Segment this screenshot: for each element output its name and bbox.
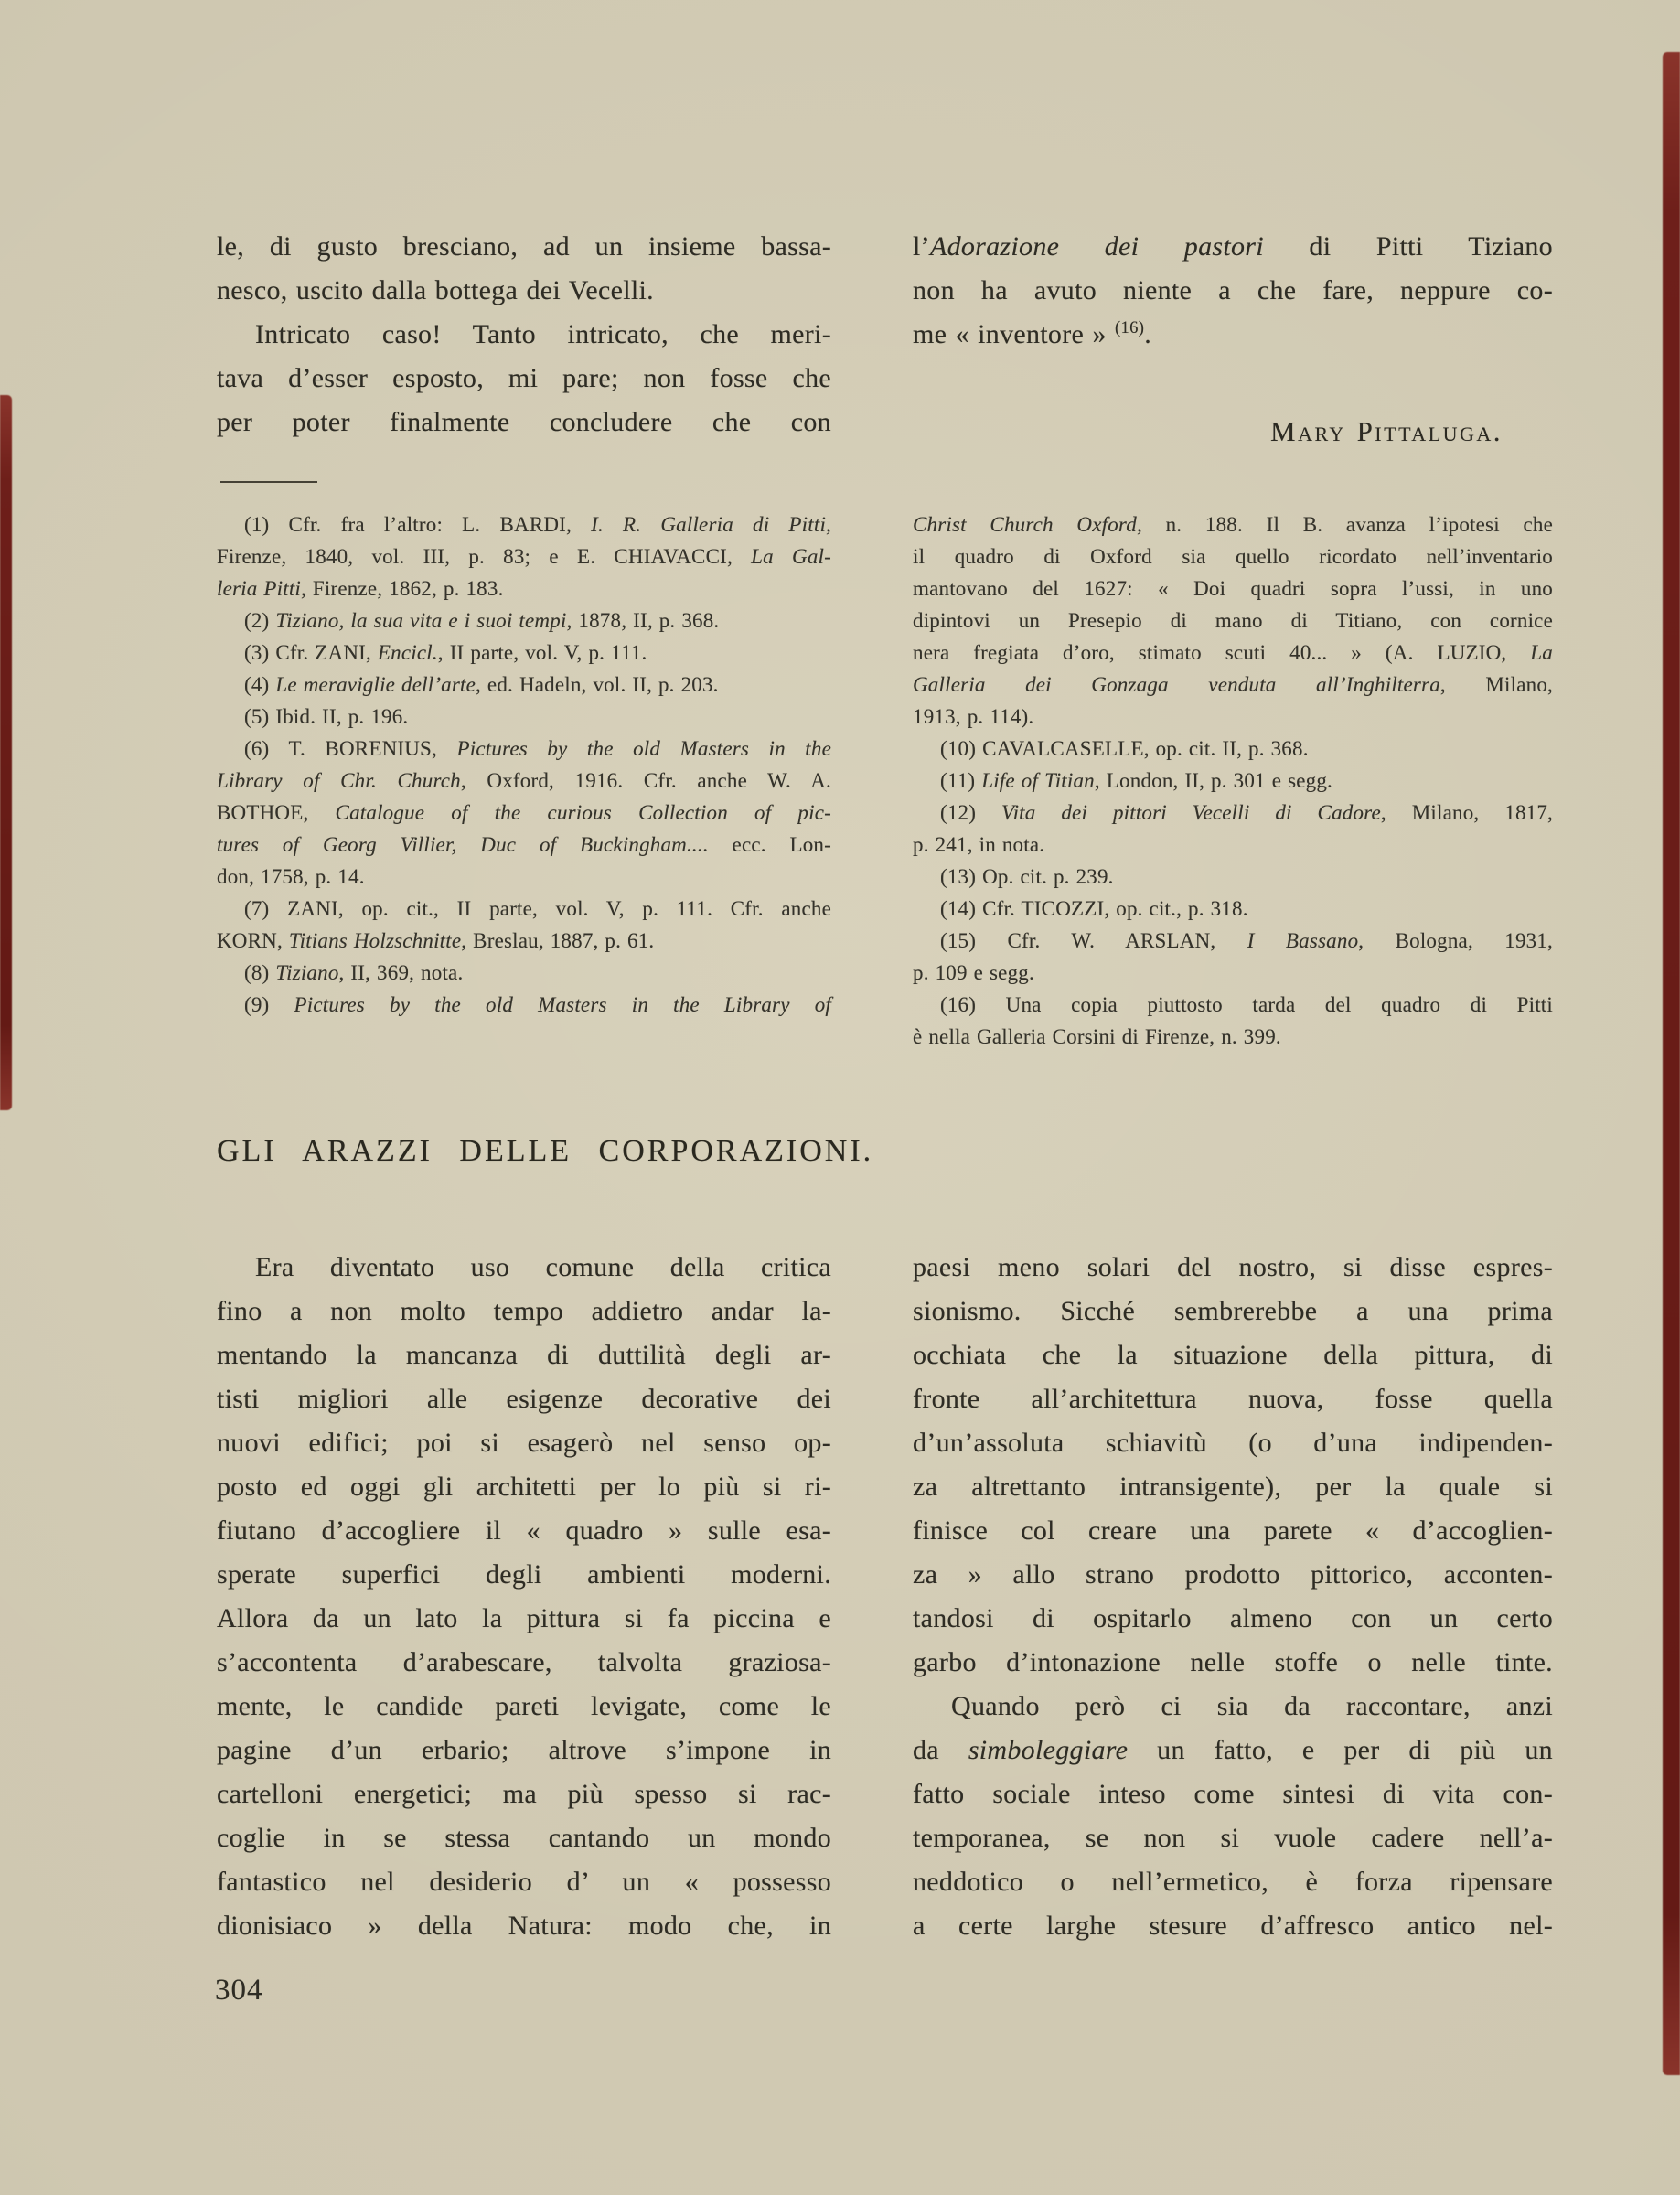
text-line: Christ Church Oxford, n. 188. Il B. avan… [913,509,1553,541]
text-line: cartelloni energetici; ma più spesso si … [217,1772,831,1816]
scan-edge-mark-right [1663,52,1680,2075]
text-line: sionismo. Sicché sembrerebbe a una prima [913,1290,1553,1333]
text-line: Firenze, 1840, vol. III, p. 83; e E. CHI… [217,541,831,573]
text-line: (3) Cfr. ZANI, Encicl., II parte, vol. V… [217,637,831,669]
text-line: garbo d’intonazione nelle stoffe o nelle… [913,1641,1553,1685]
text-line: l’Adorazione dei pastori di Pitti Tizian… [913,225,1553,269]
text-line: (14) Cfr. TICOZZI, op. cit., p. 318. [913,893,1553,925]
text-line: p. 109 e segg. [913,957,1553,989]
page-number: 304 [215,1974,263,2008]
text-line: (6) T. BORENIUS, Pictures by the old Mas… [217,733,831,765]
text-line: Intricato caso! Tanto intricato, che mer… [217,313,831,357]
text-line: fantastico nel desiderio d’ un « possess… [217,1860,831,1904]
text-line: (11) Life of Titian, London, II, p. 301 … [913,765,1553,797]
text-line: (5) Ibid. II, p. 196. [217,701,831,733]
text-line: fiutano d’accogliere il « quadro » sulle… [217,1509,831,1553]
text-line: Galleria dei Gonzaga venduta all’Inghilt… [913,669,1553,701]
text-line: temporanea, se non si vuole cadere nell’… [913,1816,1553,1860]
text-line: KORN, Titians Holzschnitte, Breslau, 188… [217,925,831,957]
text-line: a certe larghe stesure d’affresco antico… [913,1904,1553,1948]
text-line: per poter finalmente concludere che con [217,401,831,444]
text-line: fatto sociale inteso come sintesi di vit… [913,1772,1553,1816]
text-line: dionisiaco » della Natura: modo che, in [217,1904,831,1948]
text-line: p. 241, in nota. [913,829,1553,861]
text-line: za altrettanto intransigente), per la qu… [913,1465,1553,1509]
footnote-separator-rule [220,481,317,483]
text-line: za » allo strano prodotto pittorico, acc… [913,1553,1553,1597]
text-line: (8) Tiziano, II, 369, nota. [217,957,831,989]
article2-left-column: Era diventato uso comune della criticafi… [217,1246,831,1948]
text-line: il quadro di Oxford sia quello ricordato… [913,541,1553,573]
text-line: tandosi di ospitarlo almeno con un certo [913,1597,1553,1641]
text-line: (16) Una copia piuttosto tarda del quadr… [913,989,1553,1021]
text-line: neddotico o nell’ermetico, è forza ripen… [913,1860,1553,1904]
text-line: tisti migliori alle esigenze decorative … [217,1377,831,1421]
text-line: (15) Cfr. W. ARSLAN, I Bassano, Bologna,… [913,925,1553,957]
text-line: tures of Georg Villier, Duc of Buckingha… [217,829,831,861]
text-line: finisce col creare una parete « d’accogl… [913,1509,1553,1553]
text-line: fronte all’architettura nuova, fosse que… [913,1377,1553,1421]
text-line: (7) ZANI, op. cit., II parte, vol. V, p.… [217,893,831,925]
text-line: posto ed oggi gli architetti per lo più … [217,1465,831,1509]
text-line: coglie in se stessa cantando un mondo [217,1816,831,1860]
text-line: leria Pitti, Firenze, 1862, p. 183. [217,573,831,605]
text-line: mentando la mancanza di duttilità degli … [217,1333,831,1377]
text-line: (9) Pictures by the old Masters in the L… [217,989,831,1021]
scanned-book-page: { "page": { "number": "304" }, "colors":… [0,0,1680,2195]
footnotes-right-column: Christ Church Oxford, n. 188. Il B. avan… [913,509,1553,1053]
text-line: mente, le candide pareti levigate, come … [217,1685,831,1729]
text-line: da simboleggiare un fatto, e per di più … [913,1729,1553,1772]
text-line: Allora da un lato la pittura si fa picci… [217,1597,831,1641]
text-line: dipintovi un Presepio di mano di Titiano… [913,605,1553,637]
text-line: s’accontenta d’arabescare, talvolta graz… [217,1641,831,1685]
text-line: mantovano del 1627: « Doi quadri sopra l… [913,573,1553,605]
text-line: fino a non molto tempo addietro andar la… [217,1290,831,1333]
article2-right-column: paesi meno solari del nostro, si disse e… [913,1246,1553,1948]
author-signature: Mary Pittaluga. [913,410,1553,454]
text-line: è nella Galleria Corsini di Firenze, n. … [913,1021,1553,1053]
text-line: d’un’assoluta schiavitù (o d’una indipen… [913,1421,1553,1465]
text-line: occhiata che la situazione della pittura… [913,1333,1553,1377]
text-line: Library of Chr. Church, Oxford, 1916. Cf… [217,765,831,797]
footnotes-left-column: (1) Cfr. fra l’altro: L. BARDI, I. R. Ga… [217,509,831,1021]
text-line: me « inventore » (16). [913,313,1553,357]
text-line: BOTHOE, Catalogue of the curious Collect… [217,797,831,829]
text-line: don, 1758, p. 14. [217,861,831,893]
text-line: pagine d’un erbario; altrove s’impone in [217,1729,831,1772]
text-line: non ha avuto niente a che fare, neppure … [913,269,1553,313]
text-line: nuovi edifici; poi si esagerò nel senso … [217,1421,831,1465]
text-line: nesco, uscito dalla bottega dei Vecelli. [217,269,831,313]
text-line: (10) CAVALCASELLE, op. cit. II, p. 368. [913,733,1553,765]
text-line: tava d’esser esposto, mi pare; non fosse… [217,357,831,401]
text-line: (13) Op. cit. p. 239. [913,861,1553,893]
text-line: paesi meno solari del nostro, si disse e… [913,1246,1553,1290]
text-line: (2) Tiziano, la sua vita e i suoi tempi,… [217,605,831,637]
scan-edge-mark-left [0,395,12,1110]
text-line: (4) Le meraviglie dell’arte, ed. Hadeln,… [217,669,831,701]
text-line: sperate superfici degli ambienti moderni… [217,1553,831,1597]
text-line: nera fregiata d’oro, stimato scuti 40...… [913,637,1553,669]
text-line: 1913, p. 114). [913,701,1553,733]
article1-right-column: l’Adorazione dei pastori di Pitti Tizian… [913,225,1553,454]
text-line: Quando però ci sia da raccontare, anzi [913,1685,1553,1729]
text-line: (1) Cfr. fra l’altro: L. BARDI, I. R. Ga… [217,509,831,541]
text-line: (12) Vita dei pittori Vecelli di Cadore,… [913,797,1553,829]
text-line: le, di gusto bresciano, ad un insieme ba… [217,225,831,269]
section-heading: GLI ARAZZI DELLE CORPORAZIONI. [217,1134,873,1169]
text-line: Era diventato uso comune della critica [217,1246,831,1290]
article1-right-text: l’Adorazione dei pastori di Pitti Tizian… [913,225,1553,357]
article1-left-column: le, di gusto bresciano, ad un insieme ba… [217,225,831,444]
